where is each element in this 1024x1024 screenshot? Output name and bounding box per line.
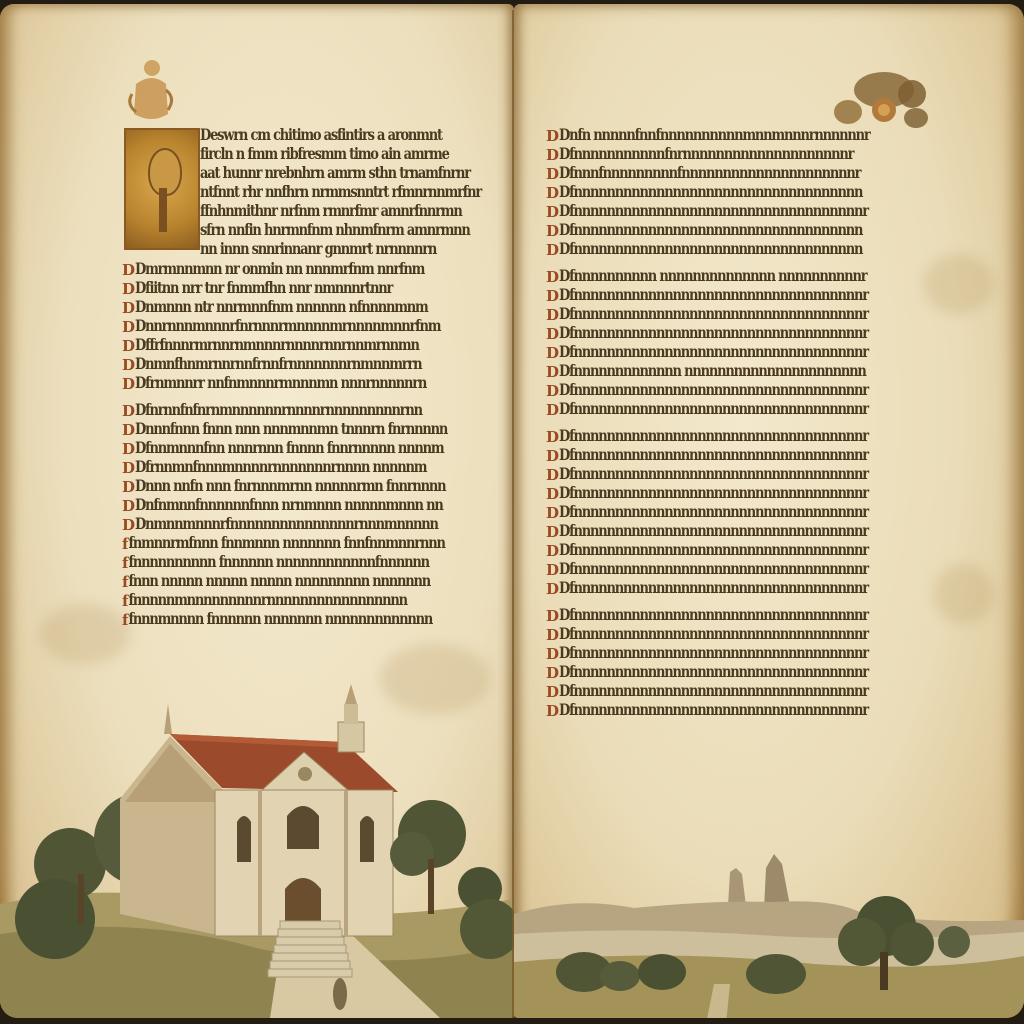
text-line: DDfnnnnnnnnnnnnnnnnnnnnnnnnnnnnnnnnnnnr <box>546 541 922 560</box>
text-line: DDffrfnnnrmrnnrnmnnnrnnnnrnnrnnmrnnmn <box>122 336 496 355</box>
text-line: DDfnnmnnnfnn nnnrnnn fnnnn fnnrnnnnn nnn… <box>122 439 496 458</box>
text-line: DDnmnnn ntr nnrmnnfnm nnnnnn nfnnnnmnm <box>122 298 496 317</box>
text-line: DDfnnnnnnnnnnnnnnnnnnnnnnnnnnnnnnnnnnnr <box>546 381 922 400</box>
text-line: DDfnnnnnnnnnnnnnnnnnnnnnnnnnnnnnnnnnnn <box>546 183 922 202</box>
text-line: DDfnnnnnnnnnnnnnnnnnnnnnnnnnnnnnnnnnnn <box>546 240 922 259</box>
text-line: DDfnnnnnnnnnnnnnnnnnnnnnnnnnnnnnnnnnnnr <box>546 202 922 221</box>
text-line: nn innn snnrinnanr gnnmrt nrnnnnrn <box>200 240 496 259</box>
church-illustration <box>0 674 514 1018</box>
text-line: Deswrn cm chitimo asfintirs a aronmnt <box>200 126 496 145</box>
stain <box>934 564 994 624</box>
text-line: DDfnnnnnnnnnnnnnnnnnnnnnnnnnnnnnnnnnnnr <box>546 503 922 522</box>
text-line: DDfnnnnnnnnnn nnnnnnnnnnnnnn nnnnnnnnnnr <box>546 267 922 286</box>
floral-ornament-icon <box>826 66 930 134</box>
text-line: ffnnnnnmnnnnnnnnnrnnnnnnnnnnnnnnnnn <box>122 591 496 610</box>
text-line: DDfnnnnnnnnnnnnnnnnnnnnnnnnnnnnnnnnnnnr <box>546 465 922 484</box>
text-line: DDnfn nnnnnfnnfnnnnnnnnnnmnnmnnnrnnnnnnr <box>546 126 922 145</box>
open-manuscript: Deswrn cm chitimo asfintirs a aronmnt fi… <box>0 0 1024 1024</box>
text-line: DDfnnnnnnnnnnnnnnnnnnnnnnnnnnnnnnnnnnnr <box>546 446 922 465</box>
text-line: DDmrmnnmnn nr onmin nn nnnmrfnm nnrfnm <box>122 260 496 279</box>
text-line: ntfnnt rhr nnfhrn nrmmsnntrt rfmnrnnmrfn… <box>200 183 496 202</box>
text-line: ffnmnnrmfnnn fnnmnnn nnnnnnn fnnfnnmnnrn… <box>122 534 496 553</box>
right-page: DDnfn nnnnnfnnfnnnnnnnnnnmnnmnnnrnnnnnnr… <box>514 4 1024 1018</box>
illuminated-initial <box>124 128 200 250</box>
text-line: DDnnrnnnmnnnrfnrnnnrmnnnnmrnnnnmnnrfnm <box>122 317 496 336</box>
text-line: DDfnnnnnnnnnnnnn nnnnnnnnnnnnnnnnnnnnnn <box>546 362 922 381</box>
text-line: DDfnnnfnnnnnnnnnfnnnnnnnnnnnnnnnnnnnnnr <box>546 164 922 183</box>
stain <box>40 604 130 664</box>
text-line: DDfrnmnnrr nnfnmnnnrmnnnmn nnnrnnnnnrn <box>122 374 496 393</box>
stain <box>924 254 994 314</box>
text-column-left: DDmrmnnmnn nr onmin nn nnnmrfnm nnrfnm D… <box>122 260 496 629</box>
text-line: DDfnnnnnnnnnnnnnnnnnnnnnnnnnnnnnnnnnnnr <box>546 427 922 446</box>
text-line: DDfnnnnnnnnnnnfnrnnnnnnnnnnnnnnnnnnnnr <box>546 145 922 164</box>
text-column-right: DDnfn nnnnnfnnfnnnnnnnnnnmnnmnnnrnnnnnnr… <box>546 126 922 720</box>
text-line: DDfnnnnnnnnnnnnnnnnnnnnnnnnnnnnnnnnnnnr <box>546 324 922 343</box>
text-line: DDnnn nnfn nnn fnrnnnmrnn nnnnnrmn fnnrn… <box>122 477 496 496</box>
text-line: DDfnnnnnnnnnnnnnnnnnnnnnnnnnnnnnnnnnnnr <box>546 560 922 579</box>
text-line: DDfiitnn nrr tnr fnmmfhn nnr nmnnnrtnnr <box>122 279 496 298</box>
text-line: sfrn nnfin hnrmnfnm nhnmfnrm amnrmnn <box>200 221 496 240</box>
text-line: DDfnnnnnnnnnnnnnnnnnnnnnnnnnnnnnnnnnnn <box>546 221 922 240</box>
text-line: DDfnnnnnnnnnnnnnnnnnnnnnnnnnnnnnnnnnnnr <box>546 305 922 324</box>
text-line: DDfnnnnnnnnnnnnnnnnnnnnnnnnnnnnnnnnnnnr <box>546 522 922 541</box>
left-page: Deswrn cm chitimo asfintirs a aronmnt fi… <box>0 4 514 1018</box>
text-line: DDfnnnnnnnnnnnnnnnnnnnnnnnnnnnnnnnnnnnr <box>546 579 922 598</box>
text-line: ffnnn nnnnn nnnnn nnnnn nnnnnnnnn nnnnnn… <box>122 572 496 591</box>
text-column-lead: Deswrn cm chitimo asfintirs a aronmnt fi… <box>200 126 496 259</box>
text-line: fircln n fmm ribfresmm timo ain amrme <box>200 145 496 164</box>
text-line: DDnmnnmnnnrfnnnnnnnnnnnnnnnrnnnmnnnnn <box>122 515 496 534</box>
text-line: ffnnnmnnnn fnnnnnn nnnnnnn nnnnnnnnnnnnn <box>122 610 496 629</box>
text-line: DDfnnnnnnnnnnnnnnnnnnnnnnnnnnnnnnnnnnnr <box>546 644 922 663</box>
text-line: DDfnnnnnnnnnnnnnnnnnnnnnnnnnnnnnnnnnnnr <box>546 484 922 503</box>
text-line: DDnmnfhnmrnnrnnfrnnfrnnnnnnnrnmnnmrrn <box>122 355 496 374</box>
text-line: DDnfnmnnfnnnnnnfnnn nrnmnnn nnnnnmnnn nn <box>122 496 496 515</box>
text-line: DDfnnnnnnnnnnnnnnnnnnnnnnnnnnnnnnnnnnnr <box>546 625 922 644</box>
text-line: aat hunnr nrebnhrn amrm sthn trnamfnrnr <box>200 164 496 183</box>
text-line: DDfnnnnnnnnnnnnnnnnnnnnnnnnnnnnnnnnnnnr <box>546 663 922 682</box>
text-line: DDfnnnnnnnnnnnnnnnnnnnnnnnnnnnnnnnnnnnr <box>546 343 922 362</box>
text-line: ffnnnnnnnnnn fnnnnnn nnnnnnnnnnnnfnnnnnn <box>122 553 496 572</box>
text-line: ffnhnmithnr nrfnm rmnrfmr amnrfnnrmn <box>200 202 496 221</box>
text-line: DDfnnnnnnnnnnnnnnnnnnnnnnnnnnnnnnnnnnnr <box>546 400 922 419</box>
text-line: DDfnrnnfnfnrnmnnnnnnrnnnnrnnnnnnnnnrnn <box>122 401 496 420</box>
text-line: DDnnnfnnn fnnn nnn nnnmnnmn tnnnrn fnrnn… <box>122 420 496 439</box>
text-line: DDfnnnnnnnnnnnnnnnnnnnnnnnnnnnnnnnnnnnr <box>546 701 922 720</box>
text-line: DDfnnnnnnnnnnnnnnnnnnnnnnnnnnnnnnnnnnnr <box>546 286 922 305</box>
figure-ornament-icon <box>122 54 178 126</box>
landscape-illustration <box>514 844 1024 1018</box>
text-line: DDfnnnnnnnnnnnnnnnnnnnnnnnnnnnnnnnnnnnr <box>546 682 922 701</box>
text-line: DDfrnnmnfnnnmnnnnrnnnnnnnrnnnn nnnnnm <box>122 458 496 477</box>
text-line: DDfnnnnnnnnnnnnnnnnnnnnnnnnnnnnnnnnnnnr <box>546 606 922 625</box>
